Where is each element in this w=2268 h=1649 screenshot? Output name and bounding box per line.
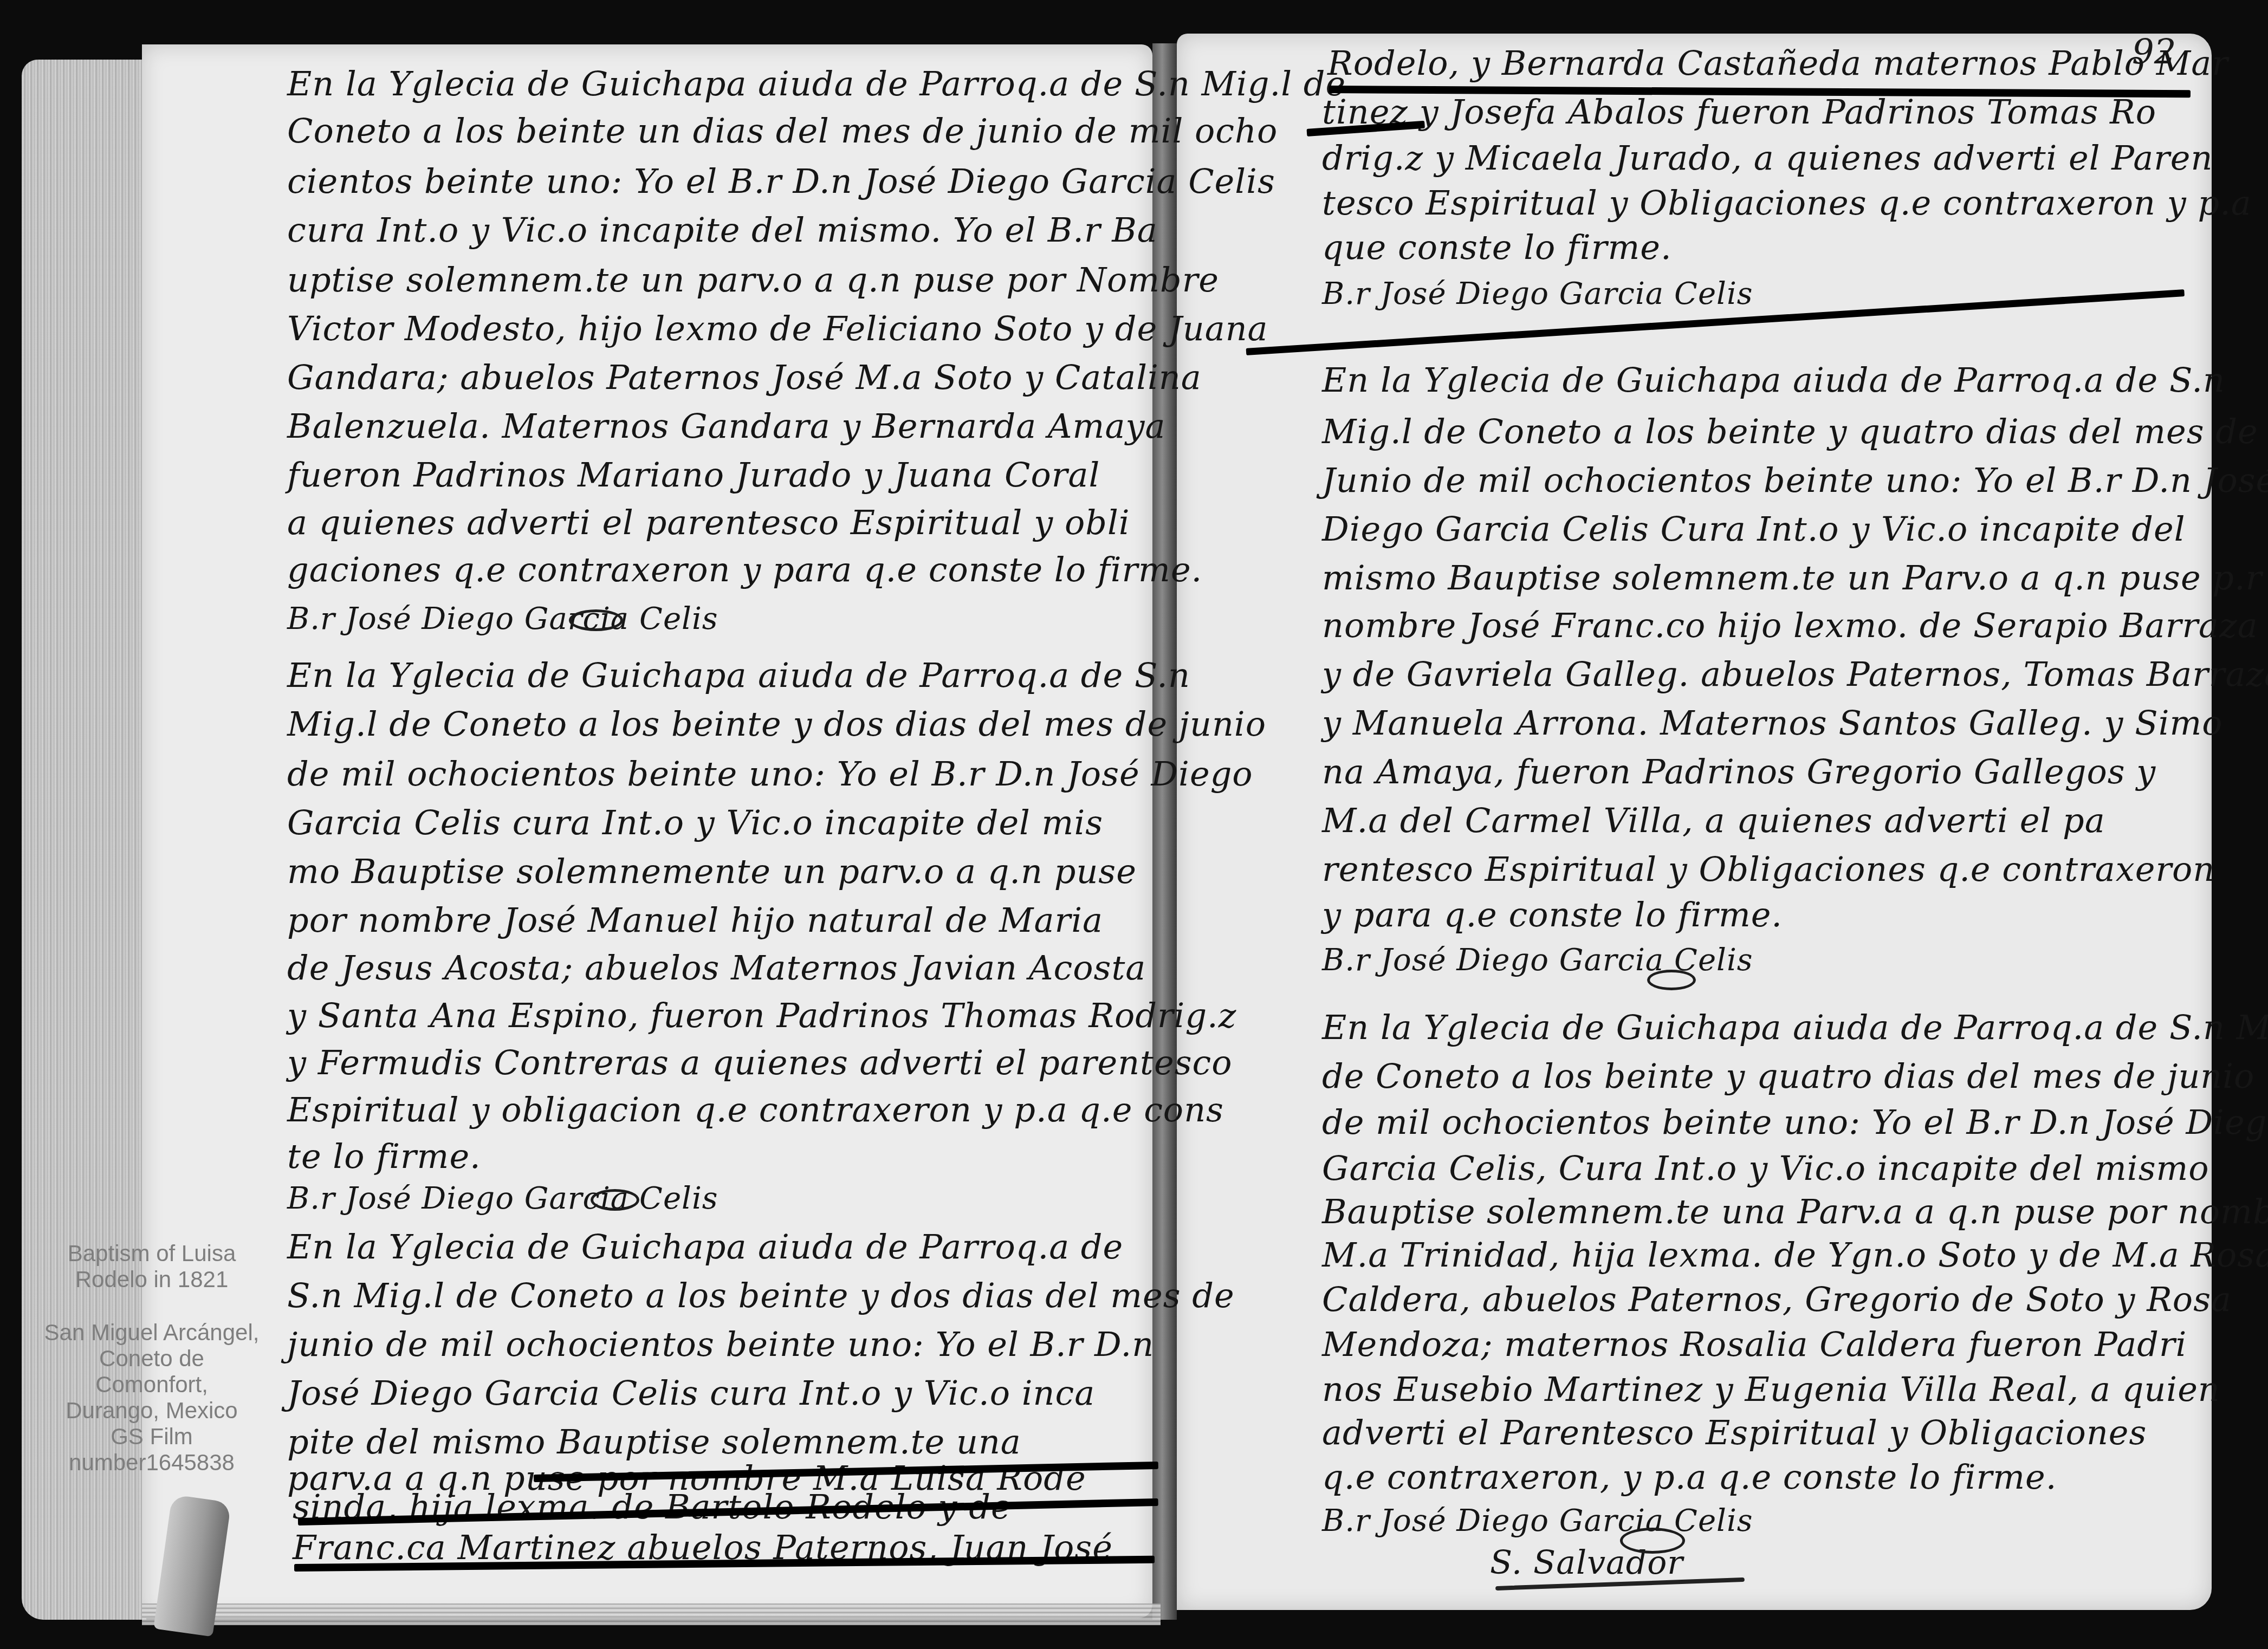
manuscript-line: Caldera, abuelos Paternos, Gregorio de S… <box>1322 1280 2232 1319</box>
signature-flourish <box>569 609 623 631</box>
priest-signature: B.r José Diego Garcia Celis <box>1322 276 1753 311</box>
manuscript-line: cientos beinte uno: Yo el B.r D.n José D… <box>287 161 1275 201</box>
caption-location-line: GS Film <box>43 1424 260 1450</box>
priest-signature: B.r José Diego Garcia Celis <box>287 601 718 637</box>
caption-overlay: Baptism of Luisa Rodelo in 1821 San Migu… <box>43 1241 260 1476</box>
manuscript-line: Gandara; abuelos Paternos José M.a Soto … <box>287 358 1202 397</box>
caption-title-line: Baptism of Luisa <box>43 1241 260 1267</box>
manuscript-line: y de Gavriela Galleg. abuelos Paternos, … <box>1322 654 2268 694</box>
manuscript-line: En la Yglecia de Guichapa aiuda de Parro… <box>287 64 1346 103</box>
manuscript-line: S.n Mig.l de Coneto a los beinte y dos d… <box>287 1276 1235 1315</box>
manuscript-line: Diego Garcia Celis Cura Int.o y Vic.o in… <box>1322 509 2186 549</box>
manuscript-line: y Santa Ana Espino, fueron Padrinos Thom… <box>287 996 1236 1035</box>
priest-signature: B.r José Diego Garcia Celis <box>1322 1503 1753 1538</box>
manuscript-line: junio de mil ochocientos beinte uno: Yo … <box>287 1325 1154 1364</box>
manuscript-line: Mig.l de Coneto a los beinte y dos dias … <box>287 704 1266 744</box>
manuscript-line: de mil ochocientos beinte uno: Yo el B.r… <box>287 754 1253 794</box>
manuscript-line: En la Yglecia de Guichapa aiuda de Parro… <box>1322 1008 2268 1047</box>
manuscript-line: y Manuela Arrona. Maternos Santos Galleg… <box>1322 703 2223 743</box>
manuscript-line: de mil ochocientos beinte uno: Yo el B.r… <box>1322 1102 2268 1142</box>
manuscript-line: a quienes adverti el parentesco Espiritu… <box>287 503 1130 542</box>
bottom-page-edge <box>142 1603 1161 1625</box>
manuscript-line: En la Yglecia de Guichapa aiuda de Parro… <box>1322 360 2225 400</box>
manuscript-line: mismo Bauptise solemnem.te un Parv.o a q… <box>1322 558 2262 598</box>
manuscript-line: de Coneto a los beinte y quatro dias del… <box>1322 1056 2254 1096</box>
manuscript-line: Espiritual y obligacion q.e contraxeron … <box>287 1090 1224 1129</box>
manuscript-line: uptise solemnem.te un parv.o a q.n puse … <box>287 260 1219 300</box>
manuscript-line: y Fermudis Contreras a quienes adverti e… <box>287 1043 1233 1082</box>
manuscript-line: Garcia Celis, Cura Int.o y Vic.o incapit… <box>1322 1148 2209 1188</box>
manuscript-line: gaciones q.e contraxeron y para q.e cons… <box>287 550 1202 589</box>
manuscript-line: y para q.e conste lo firme. <box>1322 895 1783 934</box>
manuscript-line: na Amaya, fueron Padrinos Gregorio Galle… <box>1322 752 2156 791</box>
priest-signature: B.r José Diego Garcia Celis <box>287 1181 718 1216</box>
caption-location-line: number1645838 <box>43 1450 260 1476</box>
manuscript-line: nos Eusebio Martinez y Eugenia Villa Rea… <box>1322 1369 2220 1409</box>
caption-location-line: Coneto de Comonfort, <box>43 1346 260 1398</box>
manuscript-line: de Jesus Acosta; abuelos Maternos Javian… <box>287 948 1146 988</box>
signature-flourish <box>1620 1528 1685 1554</box>
manuscript-line: En la Yglecia de Guichapa aiuda de Parro… <box>287 1227 1123 1267</box>
caption-title-line: Rodelo in 1821 <box>43 1267 260 1293</box>
manuscript-line: Balenzuela. Maternos Gandara y Bernarda … <box>287 406 1165 446</box>
manuscript-line: En la Yglecia de Guichapa aiuda de Parro… <box>287 655 1190 695</box>
signature-flourish <box>1647 970 1696 990</box>
manuscript-line: tinez y Josefa Abalos fueron Padrinos To… <box>1322 92 2156 132</box>
manuscript-line: Rodelo, y Bernarda Castañeda maternos Pa… <box>1327 43 2228 83</box>
manuscript-line: Coneto a los beinte un dias del mes de j… <box>287 111 1278 151</box>
manuscript-line: Mendoza; maternos Rosalia Caldera fueron… <box>1322 1325 2187 1364</box>
manuscript-line: Bauptise solemnem.te una Parv.a a q.n pu… <box>1322 1192 2268 1231</box>
manuscript-line: cura Int.o y Vic.o incapite del mismo. Y… <box>287 210 1158 250</box>
manuscript-line: q.e contraxeron, y p.a q.e conste lo fir… <box>1322 1457 2057 1497</box>
manuscript-line: Garcia Celis cura Int.o y Vic.o incapite… <box>287 803 1103 842</box>
manuscript-line: Victor Modesto, hijo lexmo de Feliciano … <box>287 309 1268 348</box>
signature-flourish <box>591 1189 639 1211</box>
manuscript-line: nombre José Franc.co hijo lexmo. de Sera… <box>1322 606 2258 645</box>
manuscript-line: que conste lo firme. <box>1322 228 1672 267</box>
manuscript-line: tesco Espiritual y Obligaciones q.e cont… <box>1322 183 2252 223</box>
manuscript-line: mo Bauptise solemnemente un parv.o a q.n… <box>287 852 1137 891</box>
caption-location-line: San Miguel Arcángel, <box>43 1320 260 1346</box>
manuscript-line: Mig.l de Coneto a los beinte y quatro di… <box>1322 412 2258 451</box>
manuscript-line: rentesco Espiritual y Obligaciones q.e c… <box>1322 849 2215 889</box>
manuscript-line: Junio de mil ochocientos beinte uno: Yo … <box>1322 460 2268 500</box>
manuscript-line: por nombre José Manuel hijo natural de M… <box>287 900 1103 940</box>
manuscript-line: M.a del Carmel Villa, a quienes adverti … <box>1322 801 2105 840</box>
caption-location-line: Durango, Mexico <box>43 1398 260 1424</box>
manuscript-line: fueron Padrinos Mariano Jurado y Juana C… <box>287 455 1100 495</box>
manuscript-line: te lo firme. <box>287 1137 481 1176</box>
manuscript-line: pite del mismo Bauptise solemnem.te una <box>287 1422 1021 1462</box>
manuscript-line: José Diego Garcia Celis cura Int.o y Vic… <box>287 1373 1095 1413</box>
manuscript-line: M.a Trinidad, hija lexma. de Ygn.o Soto … <box>1322 1235 2268 1275</box>
manuscript-line: drig.z y Micaela Jurado, a quienes adver… <box>1322 138 2213 178</box>
manuscript-line: adverti el Parentesco Espiritual y Oblig… <box>1322 1413 2147 1452</box>
